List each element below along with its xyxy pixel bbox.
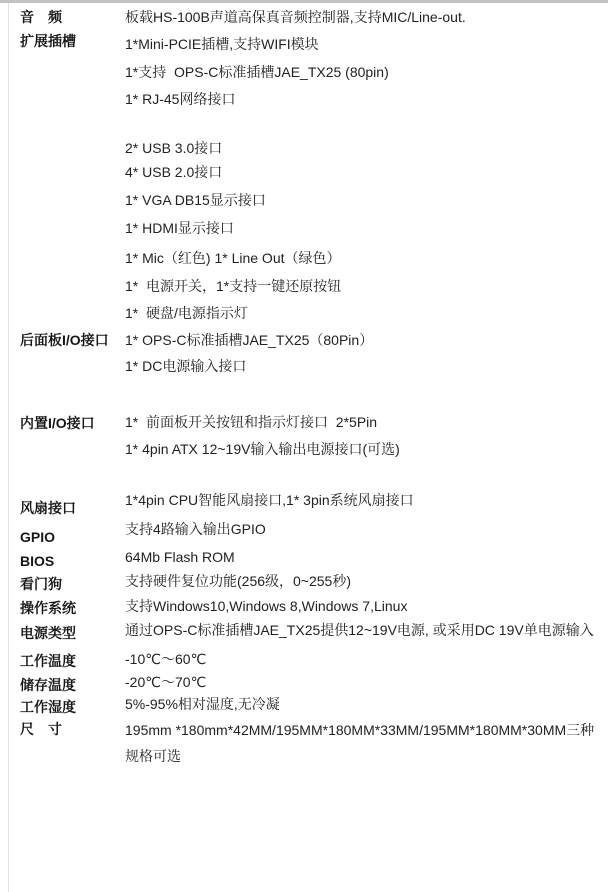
spec-value-ops-c-rear: 1* OPS-C标准插槽JAE_TX25（80Pin） [125, 332, 601, 348]
spec-label-audio: 音 频 [20, 9, 122, 25]
spec-value-vga: 1* VGA DB15显示接口 [125, 192, 601, 208]
spec-value-mini-pcie: 1*Mini-PCIE插槽,支持WIFI模块 [125, 36, 601, 52]
spec-label-storage-temp: 储存温度 [20, 677, 122, 693]
spec-value-power-type: 通过OPS-C标准插槽JAE_TX25提供12~19V电源, 或采用DC 19V… [125, 622, 601, 638]
spec-label-op-temp: 工作温度 [20, 653, 122, 669]
spec-value-ops-c-slot: 1*支持 OPS-C标准插槽JAE_TX25 (80pin) [125, 64, 601, 80]
spec-label-fan: 风扇接口 [20, 500, 122, 516]
spec-label-power-type: 电源类型 [20, 625, 122, 641]
spec-value-front-panel-hdr: 1* 前面板开关按钮和指示灯接口 2*5Pin [125, 414, 601, 430]
spec-label-gpio: GPIO [20, 529, 122, 545]
spec-label-humidity: 工作湿度 [20, 699, 122, 715]
spec-label-os: 操作系统 [20, 600, 122, 616]
spec-label-internal-io: 内置I/O接口 [20, 415, 122, 431]
spec-value-watchdog: 支持硬件复位功能(256级，0~255秒) [125, 573, 601, 589]
spec-value-atx-power: 1* 4pin ATX 12~19V输入输出电源接口(可选) [125, 441, 601, 457]
spec-label-bios: BIOS [20, 553, 122, 569]
spec-label-watchdog: 看门狗 [20, 576, 122, 592]
spec-value-dc-input: 1* DC电源输入接口 [125, 358, 601, 374]
spec-value-mic-lineout: 1* Mic（红色) 1* Line Out（绿色） [125, 250, 601, 266]
spec-value-os: 支持Windows10,Windows 8,Windows 7,Linux [125, 598, 601, 614]
table-left-border [8, 3, 9, 892]
table-top-border [0, 0, 608, 3]
spec-label-dimensions: 尺 寸 [20, 721, 122, 737]
spec-document: 音 频 扩展插槽 后面板I/O接口 内置I/O接口 风扇接口 GPIO BIOS… [0, 0, 608, 892]
spec-value-op-temp: -10℃～60℃ [125, 651, 601, 667]
spec-value-hdmi: 1* HDMI显示接口 [125, 220, 601, 236]
spec-value-gpio: 支持4路输入输出GPIO [125, 521, 601, 537]
spec-value-bios: 64Mb Flash ROM [125, 549, 601, 565]
spec-value-power-switch: 1* 电源开关，1*支持一键还原按钮 [125, 278, 601, 294]
spec-value-humidity: 5%-95%相对湿度,无冷凝 [125, 696, 601, 712]
spec-value-fan-headers: 1*4pin CPU智能风扇接口,1* 3pin系统风扇接口 [125, 492, 601, 508]
spec-label-expansion: 扩展插槽 [20, 33, 122, 49]
spec-value-usb3: 2* USB 3.0接口 [125, 140, 601, 156]
spec-value-rj45: 1* RJ-45网络接口 [125, 91, 601, 107]
spec-value-usb2: 4* USB 2.0接口 [125, 164, 601, 180]
spec-value-dimensions: 195mm *180mm*42MM/195MM*180MM*33MM/195MM… [125, 717, 601, 769]
spec-value-storage-temp: -20℃～70℃ [125, 674, 601, 690]
spec-label-rear-io: 后面板I/O接口 [20, 332, 122, 348]
spec-value-hdd-led: 1* 硬盘/电源指示灯 [125, 305, 601, 321]
spec-value-audio-controller: 板载HS-100B声道高保真音频控制器,支持MIC/Line-out. [125, 9, 601, 25]
